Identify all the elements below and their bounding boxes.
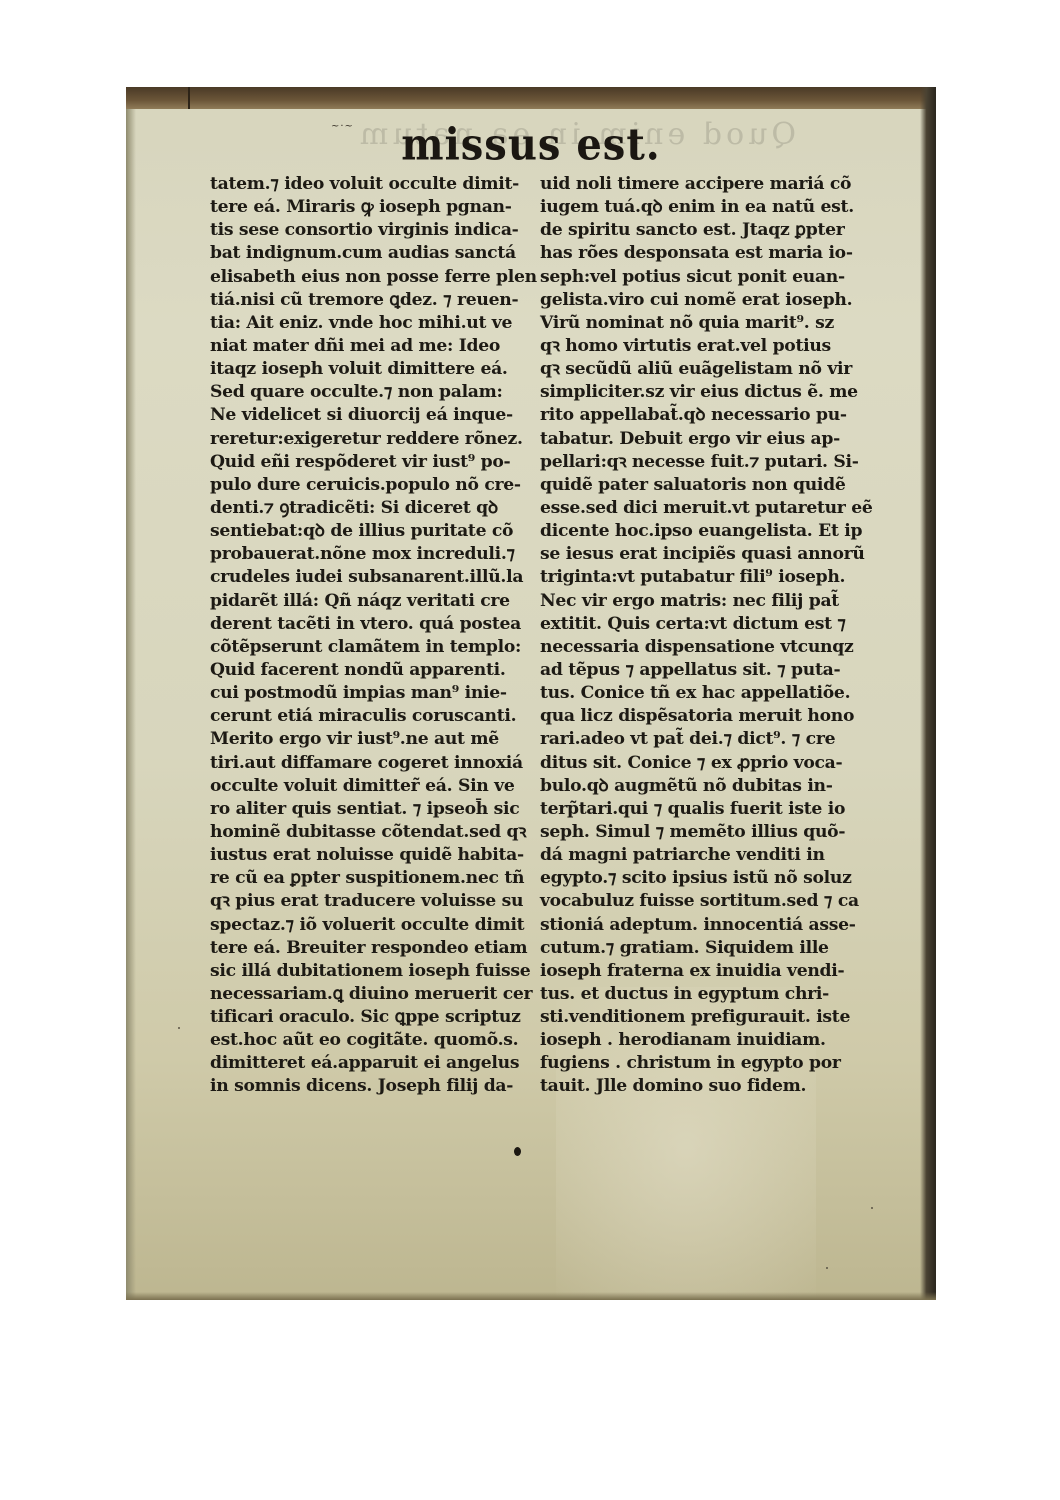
text-line: derent tacẽti in vtero. quá postea [210,613,550,636]
text-line: ro aliter quis sentiat. ⁊ ipseoh̄ sic [210,798,550,821]
paper-speck [178,1027,180,1029]
text-line: bulo.qꝺ augmẽtũ nõ dubitas in- [540,775,880,798]
running-head: missus est. [126,119,936,171]
text-line: ioseph fraterna ex inuidia vendi- [540,960,880,983]
text-line: de spiritu sancto est. Jtaqz ꝑpter [540,219,880,242]
text-line: terp̃tari.qui ⁊ qualis fuerit iste io [540,798,880,821]
text-line: dá magni patriarche venditi in [540,844,880,867]
text-line: niat mater dñi mei ad me: Ideo [210,335,550,358]
text-line: tia: Ait eniz. vnde hoc mihi.ut ve [210,312,550,335]
text-line: esse.sed dici meruit.vt putaretur eẽ [540,497,880,520]
text-line: occulte voluit dimitter̃ eá. Sin ve [210,775,550,798]
text-line: tauit. Jlle domino suo fidem. [540,1075,880,1098]
text-line: uid noli timere accipere mariá cõ [540,173,880,196]
paper-speck [256,227,258,229]
text-line: qꝛ homo virtutis erat.vel potius [540,335,880,358]
text-line: tere eá. Breuiter respondeo etiam [210,937,550,960]
text-line: tis sese consortio virginis indica- [210,219,550,242]
text-line: Quid eñi respõderet vir iust⁹ po- [210,451,550,474]
wormhole-mark [514,1147,521,1156]
text-line: necessariam.ꝗ diuino meruerit cer [210,983,550,1006]
text-line: qꝛ pius erat traducere voluisse su [210,890,550,913]
text-line: tus. et ductus in egyptum chri- [540,983,880,1006]
text-line: tabatur. Debuit ergo vir eius ap- [540,428,880,451]
text-line: pulo dure ceruicis.populo nõ cre- [210,474,550,497]
text-line: rari.adeo vt pat̃ dei.⁊ dict⁹. ⁊ cre [540,728,880,751]
text-line: necessaria dispensatione vtcunqz [540,636,880,659]
text-line: stioniá adeptum. innocentiá asse- [540,914,880,937]
page-edge-right [920,87,936,1300]
text-line: probauerat.nõne mox increduli.⁊ [210,543,550,566]
text-line: qua licz dispẽsatoria meruit hono [540,705,880,728]
text-line: iugem tuá.qꝺ enim in ea natũ est. [540,196,880,219]
text-line: cui postmodũ impias man⁹ inie- [210,682,550,705]
text-line: seph. Simul ⁊ memẽto illius quõ- [540,821,880,844]
text-line: cutum.⁊ gratiam. Siquidem ille [540,937,880,960]
text-line: reretur:exigeretur reddere rõnez. [210,428,550,451]
text-line: spectaz.⁊ iõ voluerit occulte dimit [210,914,550,937]
text-line: tatem.⁊ ideo voluit occulte dimit- [210,173,550,196]
text-line: pellari:qꝛ necesse fuit.⁊ putari. Si- [540,451,880,474]
text-line: ditus sit. Conice ⁊ ex ꝓprio voca- [540,752,880,775]
text-line: tus. Conice tñ ex hac appellatiõe. [540,682,880,705]
text-line: tere eá. Miraris ꝙ ioseph pgnan- [210,196,550,219]
text-line: cõtẽpserunt clamãtem in templo: [210,636,550,659]
text-line: sti.venditionem prefigurauit. iste [540,1006,880,1029]
text-line: seph:vel potius sicut ponit euan- [540,266,880,289]
text-line: se iesus erat incipiẽs quasi annorũ [540,543,880,566]
text-line: Ne videlicet si diuorcij eá inque- [210,404,550,427]
text-line: Virũ nominat nõ quia marit⁹. sz [540,312,880,335]
text-line: tificari oraculo. Sic ꝗppe scriptuz [210,1006,550,1029]
page-edge-bottom [126,1292,936,1300]
binding-edge-top [126,87,936,109]
text-line: gelista.viro cui nomẽ erat ioseph. [540,289,880,312]
text-line: simpliciter.sz vir eius dictus ẽ. me [540,381,880,404]
text-line: rito appellabat̃.qꝺ necessario pu- [540,404,880,427]
text-line: crudeles iudei subsanarent.illũ.la [210,566,550,589]
text-line: elisabeth eius non posse ferre plen [210,266,550,289]
text-line: iustus erat noluisse quidẽ habita- [210,844,550,867]
text-line: sic illá dubitationem ioseph fuisse [210,960,550,983]
text-line: ad tẽpus ⁊ appellatus sit. ⁊ puta- [540,659,880,682]
text-line: vocabuluz fuisse sortitum.sed ⁊ ca [540,890,880,913]
text-line: itaqz ioseph voluit dimittere eá. [210,358,550,381]
page-edge-left [126,109,136,1300]
text-line: re cũ ea ꝑpter suspitionem.nec tñ [210,867,550,890]
text-line: dimitteret eá.apparuit ei angelus [210,1052,550,1075]
text-column-left: tatem.⁊ ideo voluit occulte dimit- tere … [210,173,550,1099]
text-line: triginta:vt putabatur fili⁹ ioseph. [540,566,880,589]
text-line: sentiebat:qꝺ de illius puritate cõ [210,520,550,543]
text-line: dicente hoc.ipso euangelista. Et ip [540,520,880,543]
text-line: Nec vir ergo matris: nec filij pat̃ [540,590,880,613]
text-line: est.hoc aũt eo cogitãte. quomõ.s. [210,1029,550,1052]
text-line: tiá.nisi cũ tremore ꝗdez. ⁊ reuen- [210,289,550,312]
text-line: qꝛ secũdũ aliũ euãgelistam nõ vir [540,358,880,381]
paper-speck [871,1207,873,1209]
text-line: in somnis dicens. Joseph filij da- [210,1075,550,1098]
paper-speck [826,1267,828,1269]
text-line: Merito ergo vir iust⁹.ne aut mẽ [210,728,550,751]
text-line: has rões desponsata est maria io- [540,242,880,265]
text-line: denti.⁊ ꝯtradicẽti: Si diceret qꝺ [210,497,550,520]
text-line: Sed quare occulte.⁊ non palam: [210,381,550,404]
text-line: cerunt etiá miraculis coruscanti. [210,705,550,728]
text-line: ioseph . herodianam inuidiam. [540,1029,880,1052]
page-photograph: Quod enim in ea natum ~·~ missus est. ta… [126,87,936,1300]
text-line: pidarẽt illá: Qñ náqz veritati cre [210,590,550,613]
text-line: extitit. Quis certa:vt dictum est ⁊ [540,613,880,636]
text-line: egypto.⁊ scito ipsius istũ nõ soluz [540,867,880,890]
text-line: hominẽ dubitasse cõtendat.sed qꝛ [210,821,550,844]
text-column-right: uid noli timere accipere mariá cõ iugem … [540,173,880,1099]
text-line: fugiens . christum in egypto por [540,1052,880,1075]
text-line: bat indignum.cum audias sanctá [210,242,550,265]
text-line: Quid facerent nondũ apparenti. [210,659,550,682]
text-line: tiri.aut diffamare cogeret innoxiá [210,752,550,775]
text-line: quidẽ pater saluatoris non quidẽ [540,474,880,497]
